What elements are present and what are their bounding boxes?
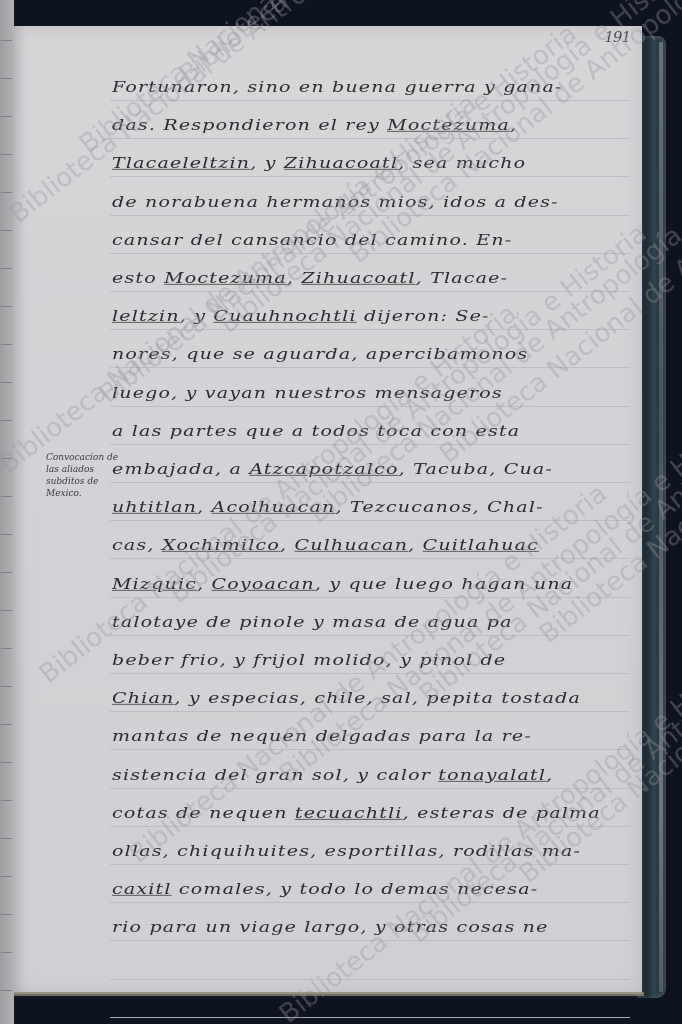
text-segment: sistencia del gran sol, y calor	[112, 766, 438, 783]
text-segment: , Tezcucanos, Chal-	[335, 499, 543, 516]
proper-name: Tlacaeleltzin	[112, 155, 250, 172]
proper-name: Coyoacan	[212, 575, 315, 592]
ruled-line	[110, 253, 630, 254]
ruled-line	[110, 100, 630, 101]
manuscript-line: ollas, chiquihuites, esportillas, rodill…	[112, 843, 622, 860]
manuscript-line: esto Moctezuma, Zihuacoatl, Tlacae-	[112, 270, 622, 287]
manuscript-line: uhtitlan, Acolhuacan, Tezcucanos, Chal-	[112, 499, 622, 516]
text-segment: a las partes que a todos toca con esta	[112, 423, 520, 440]
previous-page-ink-mark	[1, 686, 12, 687]
proper-name: Atzcapotzalco	[249, 461, 398, 478]
proper-name: Culhuacan	[294, 537, 408, 554]
previous-page-ink-mark	[1, 344, 12, 345]
manuscript-line: rio para un viage largo, y otras cosas n…	[112, 919, 622, 936]
manuscript-line: sistencia del gran sol, y calor tonayala…	[112, 766, 622, 783]
manuscript-line: Chian, y especias, chile, sal, pepita to…	[112, 690, 622, 707]
ruled-line	[110, 444, 630, 445]
text-segment: , y	[250, 155, 284, 172]
manuscript-line: cansar del cansancio del camino. En-	[112, 232, 622, 249]
manuscript-line: cas, Xochimilco, Culhuacan, Cuitlahuac	[112, 537, 622, 554]
ruled-line	[110, 520, 630, 521]
ruled-line	[110, 558, 630, 559]
ruled-line	[110, 291, 630, 292]
previous-page-edge	[0, 0, 14, 1024]
watermark-text: Biblioteca Nacional de Antropología e Hi…	[344, 0, 682, 270]
proper-name: caxitl	[112, 881, 172, 898]
proper-name: Cuitlahuac	[423, 537, 539, 554]
ruled-line	[110, 749, 630, 750]
text-segment: ,	[546, 766, 553, 783]
text-segment: cansar del cansancio del camino. En-	[112, 232, 512, 249]
ruled-line	[110, 367, 630, 368]
manuscript-line: leltzin, y Cuauhnochtli dijeron: Se-	[112, 308, 622, 325]
proper-name: tecuachtli	[295, 805, 403, 822]
text-segment: , Tlacae-	[416, 270, 509, 287]
text-segment: ,	[197, 499, 211, 516]
text-segment: comales, y todo lo demas necesa-	[172, 881, 539, 898]
manuscript-line: Fortunaron, sino en buena guerra y gana-	[112, 79, 622, 96]
text-segment: ,	[408, 537, 422, 554]
page-bottom-edge	[14, 992, 644, 996]
previous-page-ink-mark	[1, 952, 12, 953]
ruled-line	[110, 902, 630, 903]
watermark-text: Biblioteca Nacional de Antropología e Hi…	[174, 0, 663, 90]
previous-page-ink-mark	[1, 724, 12, 725]
previous-page-ink-mark	[1, 838, 12, 839]
proper-name: Zihuacoatl	[284, 155, 398, 172]
manuscript-line: talotaye de pinole y masa de agua pa	[112, 614, 622, 631]
ruled-line	[110, 215, 630, 216]
text-segment: , Tacuba, Cua-	[399, 461, 553, 478]
ruled-line	[110, 711, 630, 712]
ruled-line	[110, 597, 630, 598]
manuscript-line: Mizquic, Coyoacan, y que luego hagan una	[112, 575, 622, 592]
previous-page-ink-mark	[1, 800, 12, 801]
proper-name: Mizquic	[112, 575, 197, 592]
text-segment: , y que luego hagan una	[315, 575, 573, 592]
previous-page-ink-mark	[1, 876, 12, 877]
text-segment: embajada, a	[112, 461, 249, 478]
text-segment: rio para un viage largo, y otras cosas n…	[112, 919, 549, 936]
text-segment: ,	[287, 270, 301, 287]
text-segment: luego, y vayan nuestros mensageros	[112, 384, 503, 401]
manuscript-line: luego, y vayan nuestros mensageros	[112, 384, 622, 401]
proper-name: Moctezuma	[164, 270, 287, 287]
proper-name: tonayalatl	[438, 766, 546, 783]
ruled-line	[110, 979, 630, 980]
manuscript-line: Tlacaeleltzin, y Zihuacoatl, sea mucho	[112, 155, 622, 172]
proper-name: Zihuacoatl	[301, 270, 415, 287]
previous-page-ink-mark	[1, 116, 12, 117]
manuscript-line: das. Respondieron el rey Moctezuma,	[112, 117, 622, 134]
text-segment: das. Respondieron el rey	[112, 117, 387, 134]
text-segment: nores, que se aguarda, apercibamonos	[112, 346, 528, 363]
text-segment: , y especias, chile, sal, pepita tostada	[174, 690, 581, 707]
text-segment: ,	[510, 117, 517, 134]
previous-page-ink-mark	[1, 192, 12, 193]
ruled-line	[110, 406, 630, 407]
manuscript-page: 191 Convocacion delas aliadossubditos de…	[14, 26, 642, 994]
manuscript-line: mantas de nequen delgadas para la re-	[112, 728, 622, 745]
ruled-line	[110, 864, 630, 865]
proper-name: uhtitlan	[112, 499, 197, 516]
previous-page-ink-mark	[1, 648, 12, 649]
text-segment: ,	[197, 575, 211, 592]
text-segment: , esteras de palma	[403, 805, 601, 822]
previous-page-ink-mark	[1, 610, 12, 611]
text-segment: , y	[180, 308, 214, 325]
previous-page-ink-mark	[1, 534, 12, 535]
previous-page-ink-mark	[1, 306, 12, 307]
ruled-line	[110, 138, 630, 139]
ruled-line	[110, 673, 630, 674]
text-segment: Fortunaron, sino en buena guerra y gana-	[112, 79, 563, 96]
previous-page-ink-mark	[1, 496, 12, 497]
ruled-line	[110, 635, 630, 636]
manuscript-line: beber frio, y frijol molido, y pinol de	[112, 652, 622, 669]
ruled-line	[110, 940, 630, 941]
text-segment: , sea mucho	[398, 155, 526, 172]
ruled-line	[110, 788, 630, 789]
ruled-line	[110, 329, 630, 330]
manuscript-line: caxitl comales, y todo lo demas necesa-	[112, 881, 622, 898]
text-segment: mantas de nequen delgadas para la re-	[112, 728, 532, 745]
text-segment: de norabuena hermanos mios, idos a des-	[112, 193, 559, 210]
proper-name: Cuauhnochtli	[213, 308, 356, 325]
page-number: 191	[604, 28, 630, 46]
previous-page-ink-mark	[1, 762, 12, 763]
previous-page-ink-mark	[1, 268, 12, 269]
proper-name: Xochimilco	[162, 537, 280, 554]
manuscript-line: de norabuena hermanos mios, idos a des-	[112, 193, 622, 210]
ruled-line	[110, 826, 630, 827]
manuscript-line: embajada, a Atzcapotzalco, Tacuba, Cua-	[112, 461, 622, 478]
text-segment: beber frio, y frijol molido, y pinol de	[112, 652, 506, 669]
proper-name: Acolhuacan	[212, 499, 336, 516]
text-segment: ,	[280, 537, 294, 554]
text-segment: talotaye de pinole y masa de agua pa	[112, 614, 513, 631]
manuscript-line: cotas de nequen tecuachtli, esteras de p…	[112, 805, 622, 822]
previous-page-ink-mark	[1, 458, 12, 459]
proper-name: Moctezuma	[387, 117, 510, 134]
text-segment: ollas, chiquihuites, esportillas, rodill…	[112, 843, 581, 860]
previous-page-ink-mark	[1, 154, 12, 155]
manuscript-line: nores, que se aguarda, apercibamonos	[112, 346, 622, 363]
ruled-line	[110, 1017, 630, 1018]
ruled-line	[110, 482, 630, 483]
previous-page-ink-mark	[1, 78, 12, 79]
ruled-line	[110, 176, 630, 177]
previous-page-ink-mark	[1, 990, 12, 991]
text-segment: esto	[112, 270, 164, 287]
previous-page-ink-mark	[1, 230, 12, 231]
proper-name: leltzin	[112, 308, 180, 325]
previous-page-ink-mark	[1, 914, 12, 915]
previous-page-ink-mark	[1, 40, 12, 41]
text-segment: cas,	[112, 537, 162, 554]
proper-name: Chian	[112, 690, 174, 707]
text-segment: cotas de nequen	[112, 805, 295, 822]
previous-page-ink-mark	[1, 420, 12, 421]
manuscript-line: a las partes que a todos toca con esta	[112, 423, 622, 440]
previous-page-ink-mark	[1, 382, 12, 383]
text-segment: dijeron: Se-	[357, 308, 490, 325]
previous-page-ink-mark	[1, 572, 12, 573]
